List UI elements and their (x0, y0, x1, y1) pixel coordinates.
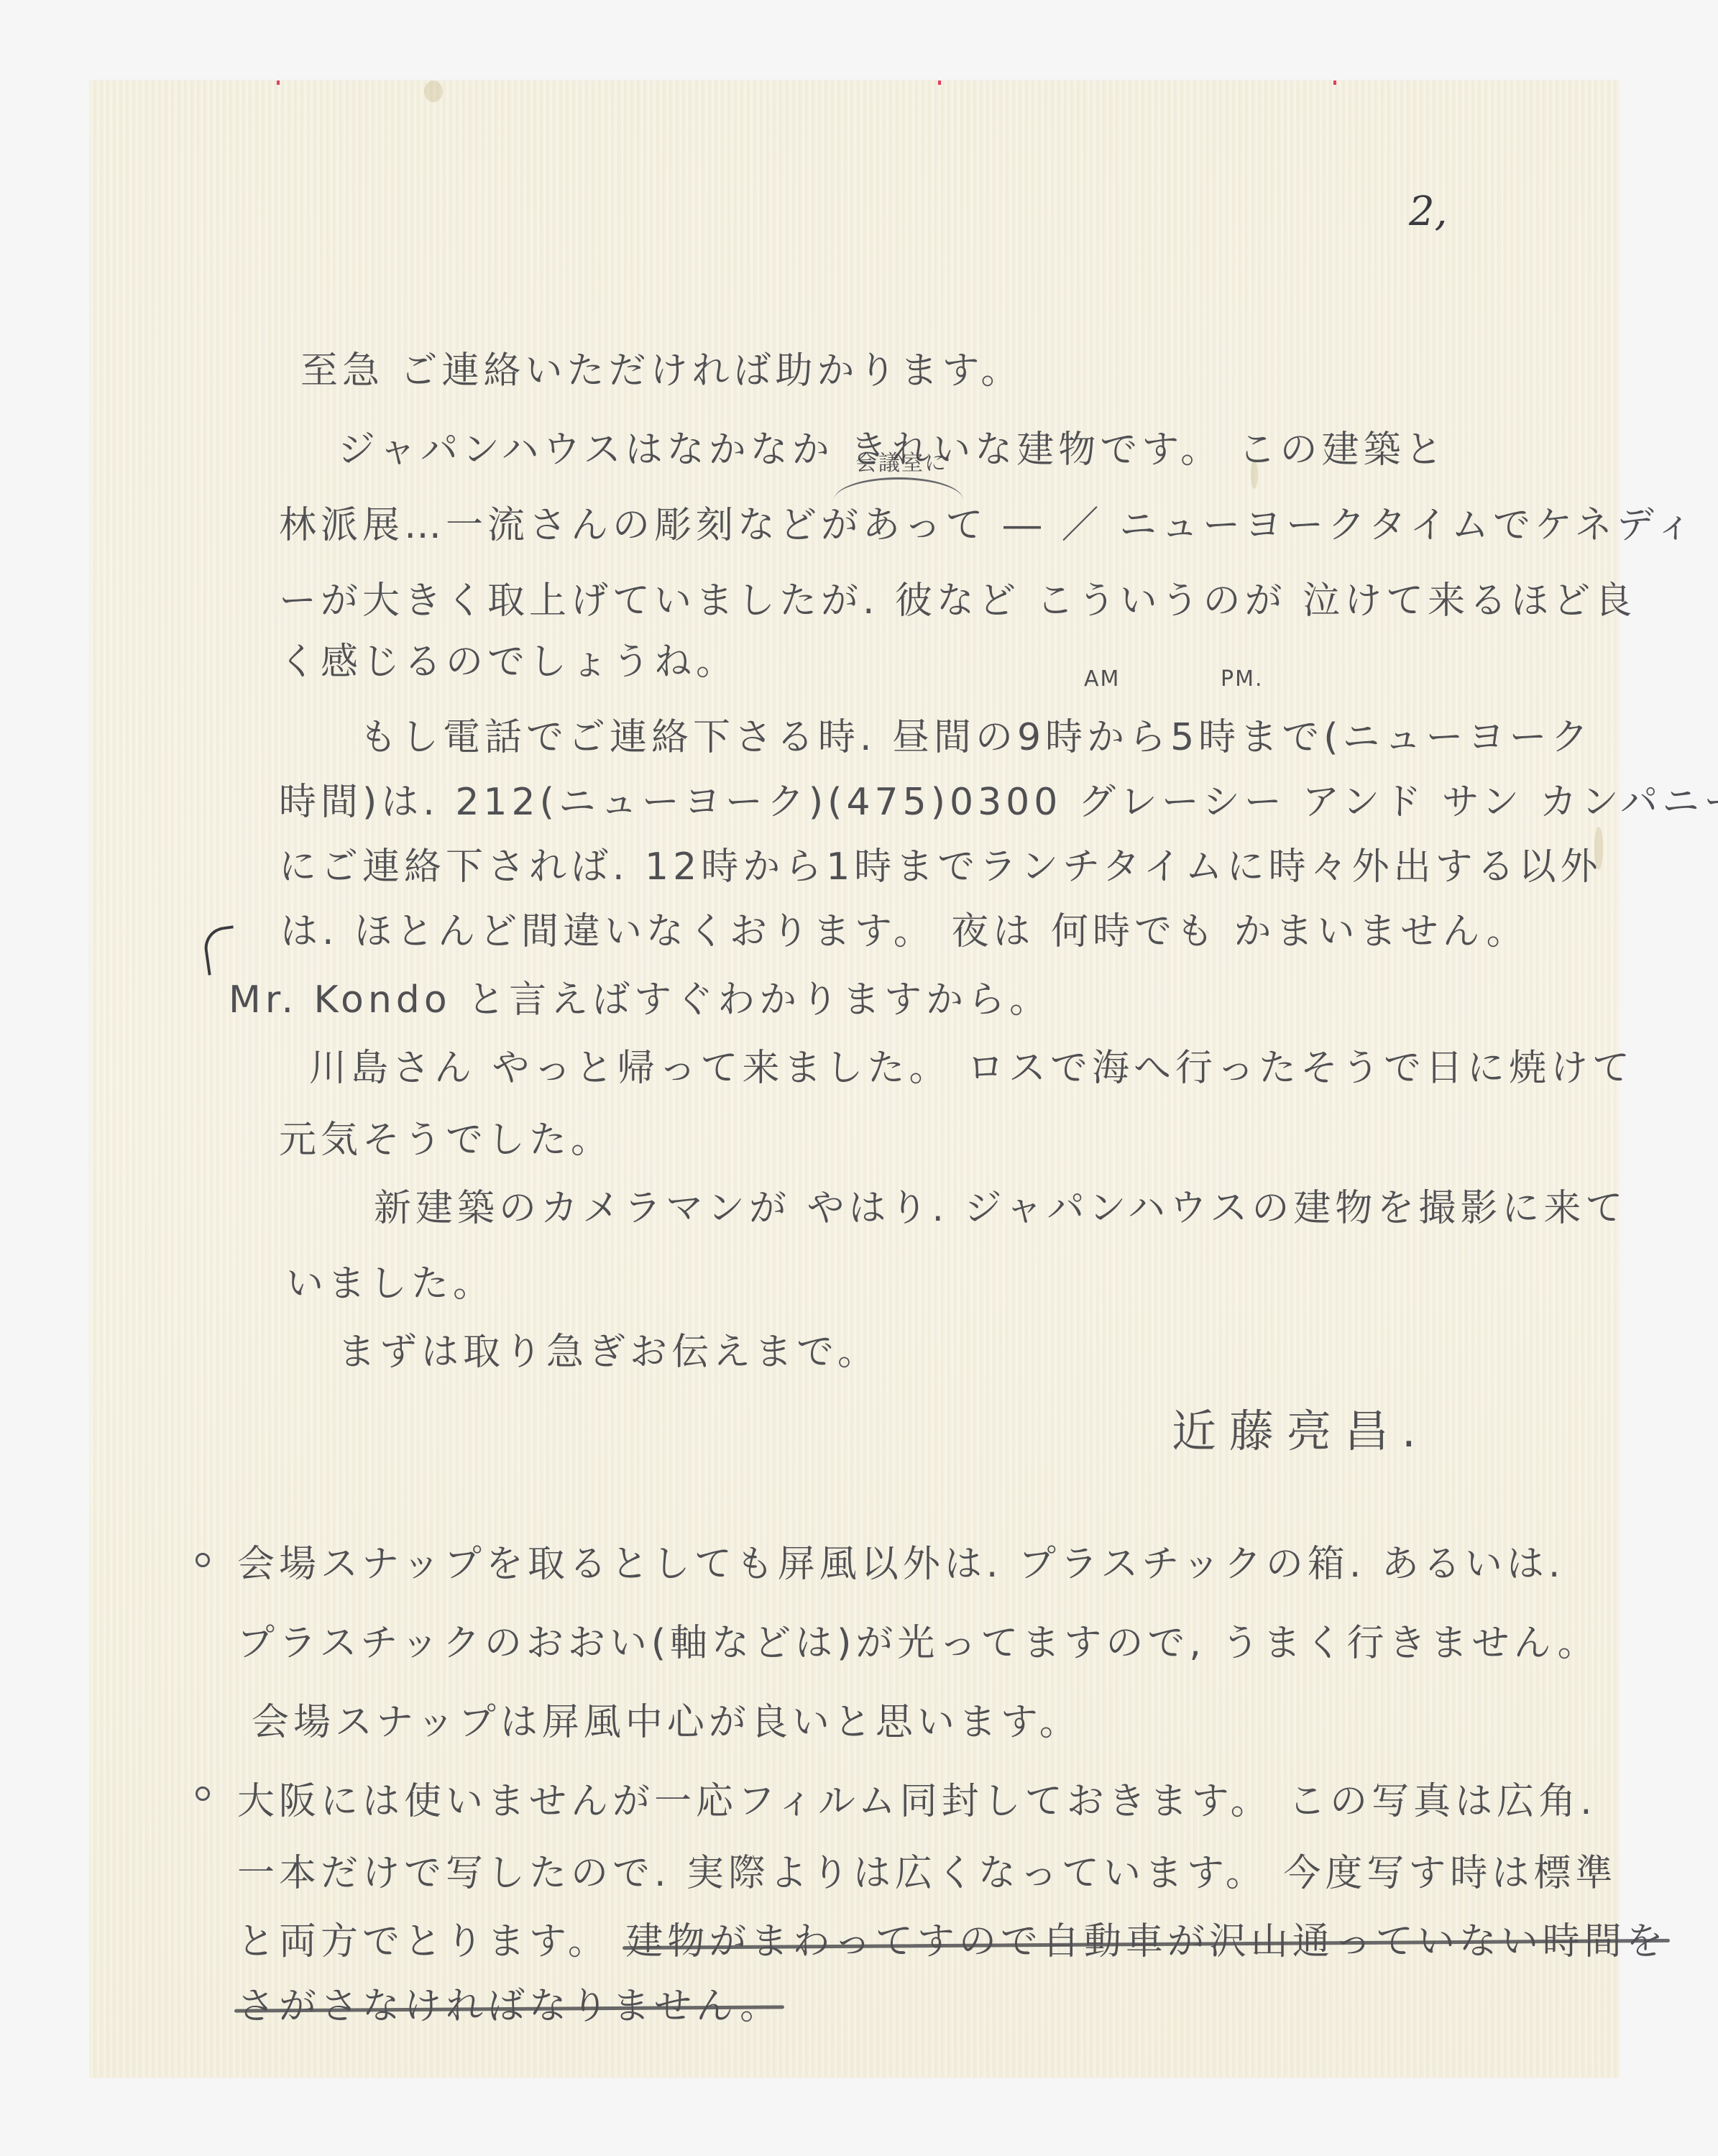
letter-line: ーが大きく取上げていましたが. 彼など こういうのが 泣けて来るほど良 (279, 582, 1636, 620)
letter-line: は. ほとんど間違いなくおります。 夜は 何時でも かまいません。 (280, 913, 1528, 950)
red-edge-mark (938, 81, 941, 85)
letter-line: 川島さん やっと帰って来ました。 ロスで海へ行ったそうで日に焼けて (309, 1050, 1634, 1087)
bullet-icon (196, 1553, 210, 1567)
insertion-annotation: 会議室に (855, 453, 947, 474)
postscript-line: 会場スナップは屏風中心が良いと思います。 (252, 1704, 1081, 1741)
struck-out-text: 建物がまわってすので自動車が沢山通っていない時間を (625, 1923, 1667, 1960)
postscript-text: と両方でとります。 (237, 1920, 610, 1963)
letter-line: 新建築のカメラマンが やはり. ジャパンハウスの建物を撮影に来て (374, 1190, 1627, 1227)
letter-line: もし電話でご連絡下さる時. 昼間の9時から5時まで(ニューヨーク (359, 719, 1593, 756)
postscript-line: 大阪には使いませんが一応フィルム同封しておきます。 この写真は広角. (237, 1783, 1597, 1820)
letter-line: まずは取り急ぎお伝えまで。 (338, 1334, 879, 1371)
paper-stain (424, 81, 443, 102)
postscript-line: と両方でとります。 建物がまわってすので自動車が沢山通っていない時間を (237, 1923, 1668, 1960)
pm-annotation: PM. (1221, 669, 1264, 690)
letter-line: 時間)は. 212(ニューヨーク)(475)0300 グレーシー アンド サン … (279, 784, 1718, 821)
postscript-line: さがさなければなりません。 (237, 1988, 781, 2025)
page-number: 2, (1409, 188, 1447, 235)
struck-out-text: さがさなければなりません。 (237, 1988, 781, 2025)
letter-line: 林派展…一流さんの彫刻などがあって ― ／ ニューヨークタイムでケネディ (279, 507, 1697, 544)
letter-line: にご連絡下されば. 12時から1時までランチタイムに時々外出する以外 (279, 848, 1602, 886)
postscript-line: 会場スナップを取るとしても屏風以外は. プラスチックの箱. あるいは. (237, 1546, 1564, 1583)
am-annotation: AM (1084, 669, 1120, 690)
signature: 近藤亮昌. (1172, 1409, 1429, 1454)
red-edge-mark (277, 81, 280, 85)
letter-line: いました。 (286, 1265, 495, 1303)
letter-line: Mr. Kondo と言えばすぐわかりますから。 (229, 981, 1051, 1019)
bullet-icon (196, 1786, 210, 1801)
letter-line: 元気そうでした。 (279, 1121, 612, 1159)
red-edge-mark (1333, 81, 1336, 85)
letter-line: 至急 ご連絡いただければ助かります。 (300, 352, 1022, 390)
letter-line: く感じるのでしょうね。 (279, 643, 738, 681)
postscript-line: 一本だけで写したので. 実際よりは広くなっています。 今度写す時は標準 (237, 1855, 1617, 1892)
postscript-line: プラスチックのおおい(軸などは)が光ってますので, うまく行きません。 (237, 1625, 1599, 1662)
